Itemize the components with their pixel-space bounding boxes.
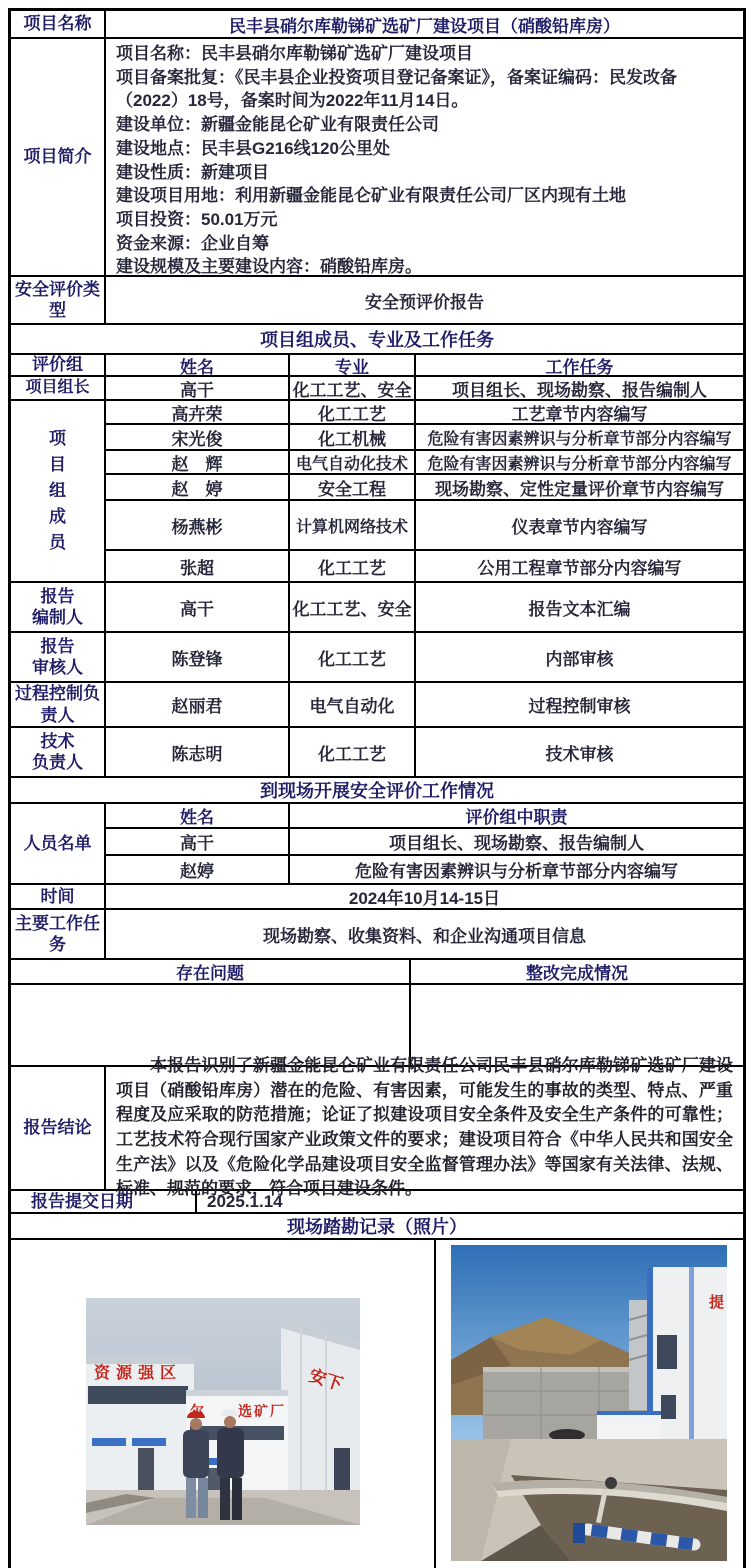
personnel-col-duty: 评价组中职责 (290, 804, 743, 827)
process-control-row: 过程控制负 责人 赵丽君 电气自动化 过程控制审核 (11, 683, 743, 728)
personnel-col-name: 姓名 (106, 804, 290, 827)
photos-section-header: 现场踏勘记录（照片） (11, 1214, 743, 1238)
main-tasks-label: 主要工作任 务 (11, 910, 106, 958)
role-label: 技术 负责人 (11, 728, 106, 776)
issues-header-row: 存在问题 整改完成情况 (11, 960, 743, 985)
role-major: 化工工艺 (290, 633, 416, 681)
team-columns-row: 评价组 姓名 专业 工作任务 (11, 355, 743, 377)
team-section-header: 项目组成员、专业及工作任务 (11, 325, 743, 353)
members-group-label: 项 目 组 成 员 (11, 401, 106, 581)
submit-date-row: 报告提交日期 2025.1.14 (11, 1191, 743, 1214)
report-table: 项目名称 民丰县硝尔库勒锑矿选矿厂建设项目（硝酸铅库房） 项目简介 项目名称：民… (8, 8, 746, 1568)
personnel-group: 人员名单 姓名 评价组中职责 高干 项目组长、现场勘察、报告编制人 赵婷 危险有… (11, 804, 743, 885)
role-label: 报告 审核人 (11, 633, 106, 681)
member-row: 赵 婷 安全工程 现场勘察、定性定量评价章节内容编写 (106, 475, 743, 501)
team-col-group: 评价组 (11, 355, 106, 375)
member-row: 张超 化工工艺 公用工程章节部分内容编写 (106, 551, 743, 581)
site-section-header-row: 到现场开展安全评价工作情况 (11, 778, 743, 804)
member-name: 赵 辉 (106, 451, 290, 473)
photos-row: 安下 资源强区 尔 选矿厂 (11, 1240, 743, 1568)
member-major: 化工机械 (290, 425, 416, 449)
leader-task: 项目组长、现场勘察、报告编制人 (416, 377, 743, 399)
member-major: 计算机网络技术 (290, 501, 416, 549)
issues-right-header: 整改完成情况 (411, 960, 743, 983)
role-label: 过程控制负 责人 (11, 683, 106, 726)
member-name: 张超 (106, 551, 290, 581)
team-col-major: 专业 (290, 355, 416, 375)
role-label: 报告 编制人 (11, 583, 106, 631)
member-task: 危险有害因素辨识与分析章节部分内容编写 (416, 451, 743, 473)
conclusion-cell: 本报告识别了新疆金能昆仑矿业有限责任公司民丰县硝尔库勒锑矿选矿厂建设项目（硝酸铅… (106, 1067, 743, 1189)
conclusion-row: 报告结论 本报告识别了新疆金能昆仑矿业有限责任公司民丰县硝尔库勒锑矿选矿厂建设项… (11, 1067, 743, 1191)
project-name-value: 民丰县硝尔库勒锑矿选矿厂建设项目（硝酸铅库房） (106, 11, 743, 37)
member-major: 化工工艺 (290, 401, 416, 423)
role-task: 过程控制审核 (416, 683, 743, 726)
time-row: 时间 2024年10月14-15日 (11, 885, 743, 910)
personnel-row: 高干 项目组长、现场勘察、报告编制人 (106, 829, 743, 856)
time-label: 时间 (11, 885, 106, 908)
member-row: 赵 辉 电气自动化技术 危险有害因素辨识与分析章节部分内容编写 (106, 451, 743, 475)
team-section-header-row: 项目组成员、专业及工作任务 (11, 325, 743, 355)
member-task: 工艺章节内容编写 (416, 401, 743, 423)
team-col-name: 姓名 (106, 355, 290, 375)
member-name: 赵 婷 (106, 475, 290, 499)
role-name: 陈志明 (106, 728, 290, 776)
role-major: 化工工艺、安全 (290, 583, 416, 631)
role-major: 化工工艺 (290, 728, 416, 776)
photo-cell-left: 安下 资源强区 尔 选矿厂 (11, 1240, 436, 1568)
member-task: 公用工程章节部分内容编写 (416, 551, 743, 581)
team-col-task: 工作任务 (416, 355, 743, 375)
eval-type-label: 安全评价类 型 (11, 277, 106, 323)
issues-left-header: 存在问题 (11, 960, 411, 983)
member-name: 宋光俊 (106, 425, 290, 449)
role-name: 陈登锋 (106, 633, 290, 681)
photos-section-header-row: 现场踏勘记录（照片） (11, 1214, 743, 1240)
member-task: 危险有害因素辨识与分析章节部分内容编写 (416, 425, 743, 449)
role-name: 高干 (106, 583, 290, 631)
member-major: 化工工艺 (290, 551, 416, 581)
project-brief-content: 项目名称：民丰县硝尔库勒锑矿选矿厂建设项目 项目备案批复：《民丰县企业投资项目登… (106, 39, 743, 275)
role-major: 电气自动化 (290, 683, 416, 726)
project-brief-row: 项目简介 项目名称：民丰县硝尔库勒锑矿选矿厂建设项目 项目备案批复：《民丰县企业… (11, 39, 743, 277)
main-tasks-row: 主要工作任 务 现场勘察、收集资料、和企业沟通项目信息 (11, 910, 743, 960)
team-leader-row: 项目组长 高干 化工工艺、安全 项目组长、现场勘察、报告编制人 (11, 377, 743, 401)
personnel-duty: 危险有害因素辨识与分析章节部分内容编写 (290, 856, 743, 883)
leader-role-label: 项目组长 (11, 377, 106, 399)
conclusion-label: 报告结论 (11, 1067, 106, 1189)
role-task: 技术审核 (416, 728, 743, 776)
personnel-name: 赵婷 (106, 856, 290, 883)
personnel-header-row: 姓名 评价组中职责 (106, 804, 743, 829)
project-name-label: 项目名称 (11, 11, 106, 37)
member-row: 高卉荣 化工工艺 工艺章节内容编写 (106, 401, 743, 425)
team-members-group: 项 目 组 成 员 高卉荣 化工工艺 工艺章节内容编写 宋光俊 化工机械 危险有… (11, 401, 743, 583)
role-name: 赵丽君 (106, 683, 290, 726)
role-task: 内部审核 (416, 633, 743, 681)
photo-banner-mid-text-b: 选矿厂 (238, 1403, 286, 1419)
project-brief-label: 项目简介 (11, 39, 106, 275)
eval-type-row: 安全评价类 型 安全预评价报告 (11, 277, 743, 325)
submit-date-label: 报告提交日期 (11, 1191, 197, 1212)
submit-date-value: 2025.1.14 (197, 1191, 743, 1212)
photo-cell-right: 提 (436, 1240, 743, 1568)
member-name: 杨燕彬 (106, 501, 290, 549)
member-task: 仪表章节内容编写 (416, 501, 743, 549)
photo-right-banner-text: 提 (709, 1293, 724, 1311)
role-task: 报告文本汇编 (416, 583, 743, 631)
main-tasks-value: 现场勘察、收集资料、和企业沟通项目信息 (106, 910, 743, 958)
eval-type-value: 安全预评价报告 (106, 277, 743, 323)
tech-lead-row: 技术 负责人 陈志明 化工工艺 技术审核 (11, 728, 743, 778)
personnel-duty: 项目组长、现场勘察、报告编制人 (290, 829, 743, 854)
site-section-header: 到现场开展安全评价工作情况 (11, 778, 743, 802)
leader-name: 高干 (106, 377, 290, 399)
member-task: 现场勘察、定性定量评价章节内容编写 (416, 475, 743, 499)
member-name: 高卉荣 (106, 401, 290, 423)
member-major: 安全工程 (290, 475, 416, 499)
conclusion-text: 本报告识别了新疆金能昆仑矿业有限责任公司民丰县硝尔库勒锑矿选矿厂建设项目（硝酸铅… (106, 1052, 743, 1204)
report-reviewer-row: 报告 审核人 陈登锋 化工工艺 内部审核 (11, 633, 743, 683)
member-major: 电气自动化技术 (290, 451, 416, 473)
personnel-name: 高干 (106, 829, 290, 854)
site-survey-photo-right: 提 (451, 1245, 727, 1561)
personnel-label: 人员名单 (11, 804, 106, 883)
personnel-row: 赵婷 危险有害因素辨识与分析章节部分内容编写 (106, 856, 743, 883)
member-row: 杨燕彬 计算机网络技术 仪表章节内容编写 (106, 501, 743, 551)
report-writer-row: 报告 编制人 高干 化工工艺、安全 报告文本汇编 (11, 583, 743, 633)
member-row: 宋光俊 化工机械 危险有害因素辨识与分析章节部分内容编写 (106, 425, 743, 451)
time-value: 2024年10月14-15日 (106, 885, 743, 908)
project-name-row: 项目名称 民丰县硝尔库勒锑矿选矿厂建设项目（硝酸铅库房） (11, 11, 743, 39)
leader-major: 化工工艺、安全 (290, 377, 416, 399)
site-survey-photo-left: 安下 资源强区 尔 选矿厂 (86, 1298, 360, 1525)
photo-banner-left-text: 资源强区 (94, 1363, 182, 1382)
